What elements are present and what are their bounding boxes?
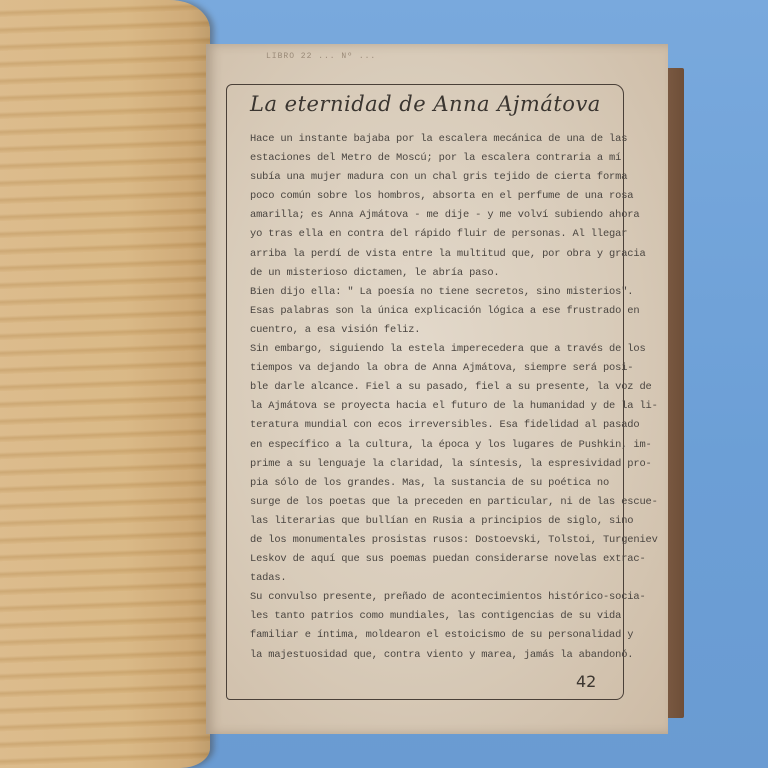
text-line: yo tras ella en contra del rápido fluir … (250, 225, 620, 244)
text-line: pia sólo de los grandes. Mas, la sustanc… (250, 474, 620, 493)
text-line: surge de los poetas que la preceden en p… (250, 493, 620, 512)
page-header-stamp: LIBRO 22 ... Nº ... (266, 52, 376, 61)
text-line: familiar e íntima, moldearon el estoicis… (250, 626, 620, 645)
text-line: de un misterioso dictamen, le abría paso… (250, 264, 620, 283)
text-line: la Ajmátova se proyecta hacia el futuro … (250, 397, 620, 416)
text-line: les tanto patrios como mundiales, las co… (250, 607, 620, 626)
text-line: Hace un instante bajaba por la escalera … (250, 130, 620, 149)
text-line: ble darle alcance. Fiel a su pasado, fie… (250, 378, 620, 397)
text-line: prime a su lenguaje la claridad, la sínt… (250, 455, 620, 474)
text-line: amarilla; es Anna Ajmátova - me dije - y… (250, 206, 620, 225)
text-line: subía una mujer madura con un chal gris … (250, 168, 620, 187)
page-number: 42 (576, 672, 596, 691)
left-page-curl (0, 0, 210, 768)
text-line: estaciones del Metro de Moscú; por la es… (250, 149, 620, 168)
text-line: Esas palabras son la única explicación l… (250, 302, 620, 321)
text-line: Sin embargo, siguiendo la estela imperec… (250, 340, 620, 359)
text-line: arriba la perdí de vista entre la multit… (250, 245, 620, 264)
typewritten-page: LIBRO 22 ... Nº ... La eternidad de Anna… (206, 44, 668, 734)
text-line: Leskov de aquí que sus poemas puedan con… (250, 550, 620, 569)
page-title: La eternidad de Anna Ajmátova (250, 92, 601, 116)
text-line: en específico a la cultura, la época y l… (250, 436, 620, 455)
text-line: las literarias que bullían en Rusia a pr… (250, 512, 620, 531)
text-line: tiempos va dejando la obra de Anna Ajmát… (250, 359, 620, 378)
text-line: Bien dijo ella: " La poesía no tiene sec… (250, 283, 620, 302)
text-line: teratura mundial con ecos irreversibles.… (250, 416, 620, 435)
text-line: de los monumentales prosistas rusos: Dos… (250, 531, 620, 550)
text-line: poco común sobre los hombros, absorta en… (250, 187, 620, 206)
text-line: tadas. (250, 569, 620, 588)
text-line: la majestuosidad que, contra viento y ma… (250, 646, 620, 665)
text-line: Su convulso presente, preñado de acontec… (250, 588, 620, 607)
body-text: Hace un instante bajaba por la escalera … (250, 130, 620, 665)
text-line: cuentro, a esa visión feliz. (250, 321, 620, 340)
